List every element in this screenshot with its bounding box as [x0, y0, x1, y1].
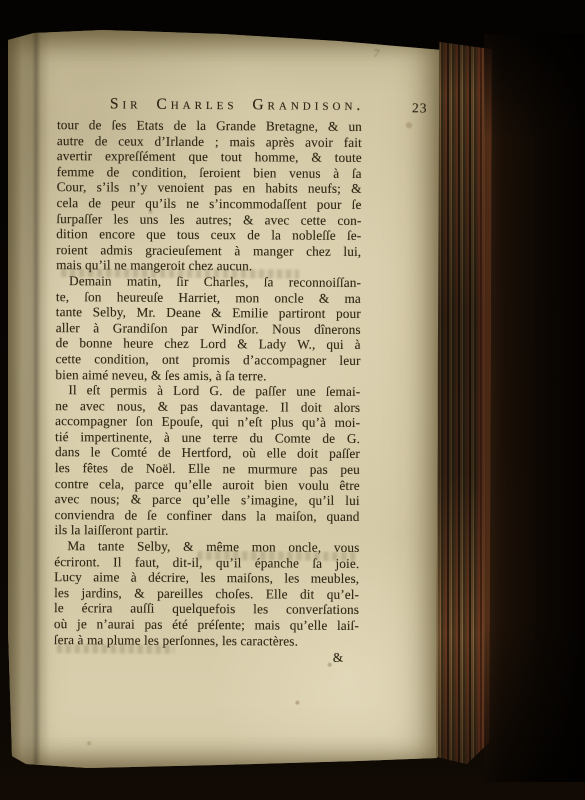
text-line: tante Selby, Mr. Deane & Emilie partiron… [56, 304, 361, 321]
text-line: tié impertinente, à une terre du Comte d… [55, 429, 360, 446]
foxing-spots [1, 0, 3, 2]
text-line: Lucy aime à décrire, les maiſons, les me… [54, 569, 359, 586]
catchword: & [332, 650, 343, 667]
text-line: ſurpaſſer les uns les autres; & avec cet… [56, 211, 361, 228]
text-line: te, ſon heureuſe Harriet, mon oncle & ma [56, 289, 361, 306]
text-line: de bonne heure chez Lord & Lady W., qui … [56, 335, 361, 352]
text-line: femme de condition, ſeroient bien venus … [57, 164, 362, 181]
ink-bleedthrough [61, 268, 299, 278]
photo-background: Sir Charles Grandison. 23 7 tour de ſes … [0, 0, 585, 800]
text-line: accompagner ſon Epouſe, qui n’eſt plus q… [55, 413, 360, 430]
text-line: les jardins, & pareilles choſes. Elle di… [54, 585, 359, 602]
page-text: tour de ſes Etats de la Grande Bretagne,… [54, 117, 362, 649]
text-line: dans le Comté de Hertford, où elle doit … [55, 445, 360, 462]
text-line: Il eſt permis à Lord G. de paſſer une ſe… [55, 382, 360, 399]
text-line: où je n’aurai pas été préſente; mais qu’… [54, 616, 359, 633]
running-head-title: Sir Charles Grandison. [84, 95, 390, 115]
text-line: cela de peur qu’ils ne s’incommodaſſent … [56, 195, 361, 212]
text-line: les fêtes de Noël. Elle ne murmure pas p… [55, 460, 360, 477]
printed-content: Sir Charles Grandison. 23 7 tour de ſes … [0, 0, 585, 800]
text-line: contre cela, parce qu’elle auroit bien v… [55, 476, 360, 493]
text-line: ne avec nous, & pas davantage. Il doit a… [55, 398, 360, 415]
text-line: tour de ſes Etats de la Grande Bretagne,… [57, 117, 362, 134]
text-line: le écrira auſſi quelquefois les converſa… [54, 601, 359, 618]
text-line: cette condition, ont promis d’accompagne… [55, 351, 360, 368]
page-number: 23 [412, 100, 428, 116]
text-line: Cour, s’ils n’y venoient pas en habits n… [57, 179, 362, 196]
ink-bleedthrough [197, 551, 355, 561]
ink-bleedthrough [57, 644, 175, 654]
text-line: conviendra de ſe confiner dans la maiſon… [55, 507, 360, 524]
text-line: autre de ceux d’Irlande ; mais après avo… [57, 133, 362, 150]
text-line: ils la laiſſeront partir. [54, 523, 359, 540]
handwritten-mark: 7 [372, 46, 380, 62]
text-line: aller à Grandiſon par Windſor. Nous dîne… [56, 320, 361, 337]
text-line: bien aimé neveu, & ſes amis, à ſa terre. [55, 367, 360, 384]
text-line: avertir expreſſément que tout homme, & t… [57, 148, 362, 165]
text-line: avec nous; & parce qu’elle s’imagine, qu… [55, 491, 360, 508]
text-line: roient admis gracieuſement à manger chez… [56, 242, 361, 259]
text-line: dition encore que tous ceux de la nobleſ… [56, 226, 361, 243]
